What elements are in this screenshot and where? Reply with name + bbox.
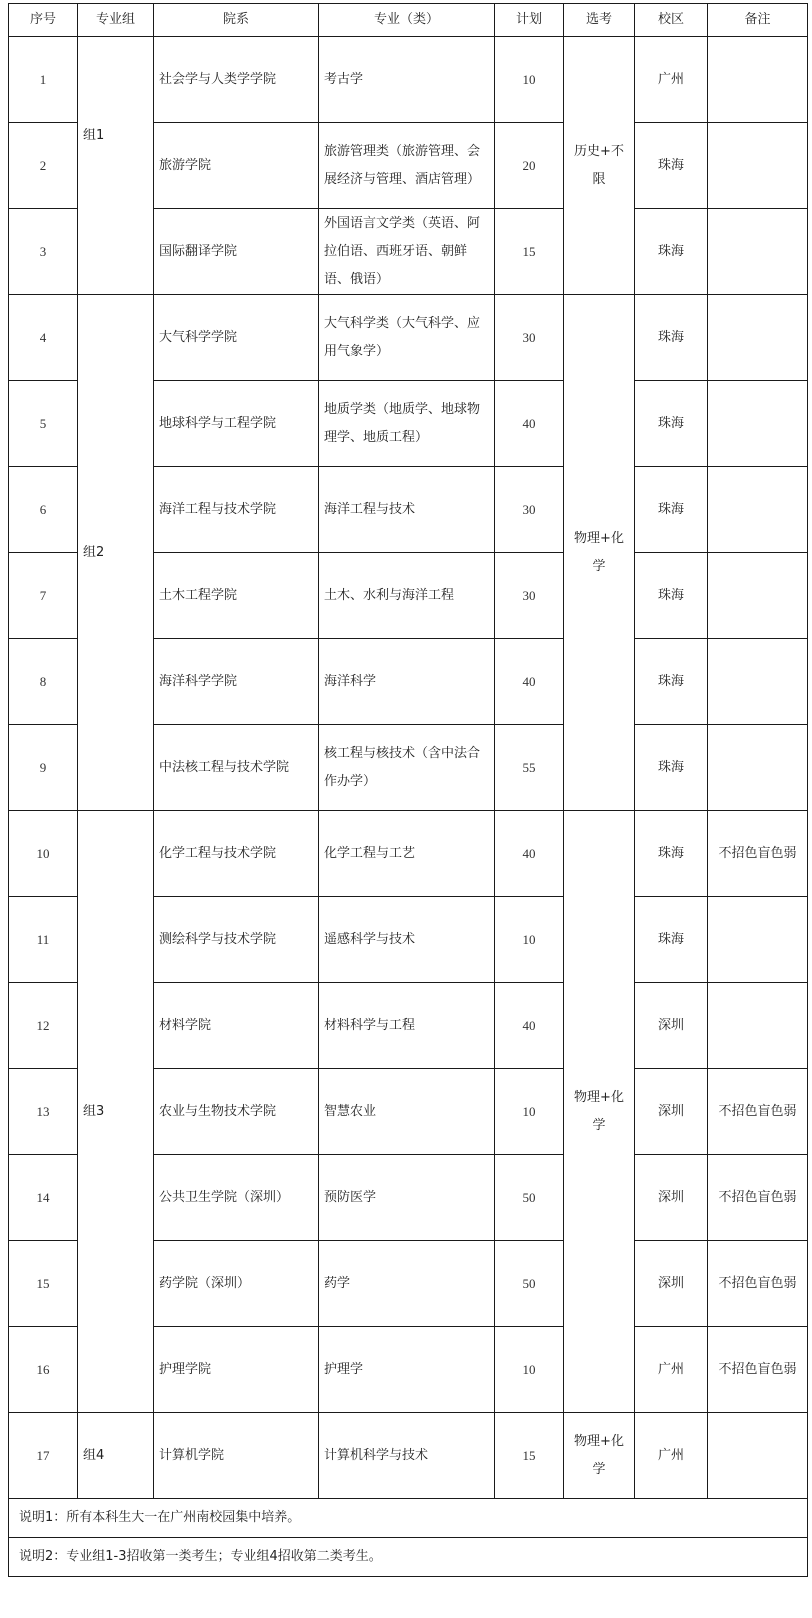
subject-requirement-cell: 物理+化学 [564, 295, 635, 811]
dept-cell: 地球科学与工程学院 [154, 381, 319, 467]
major-cell: 地质学类（地质学、地球物理学、地质工程） [319, 381, 495, 467]
campus-cell: 珠海 [635, 639, 708, 725]
header-row: 序号 专业组 院系 专业（类） 计划 选考 校区 备注 [9, 4, 808, 37]
campus-cell: 深圳 [635, 1069, 708, 1155]
enrollment-plan-table: 序号 专业组 院系 专业（类） 计划 选考 校区 备注 1 组1 社会学与人类学… [8, 3, 808, 1577]
campus-cell: 广州 [635, 37, 708, 123]
remark-cell [708, 983, 808, 1069]
dept-cell: 国际翻译学院 [154, 209, 319, 295]
row-no: 7 [9, 553, 78, 639]
subject-requirement-cell: 物理+化学 [564, 811, 635, 1413]
row-no: 11 [9, 897, 78, 983]
note-1: 说明1：所有本科生大一在广州南校园集中培养。 [9, 1499, 808, 1538]
major-cell: 海洋工程与技术 [319, 467, 495, 553]
subject-requirement-cell: 历史+不限 [564, 37, 635, 295]
plan-cell: 15 [495, 209, 564, 295]
subject-requirement-cell: 物理+化学 [564, 1413, 635, 1499]
plan-cell: 10 [495, 897, 564, 983]
group-cell: 组3 [78, 811, 154, 1413]
plan-cell: 40 [495, 811, 564, 897]
plan-cell: 50 [495, 1241, 564, 1327]
row-no: 3 [9, 209, 78, 295]
remark-cell [708, 897, 808, 983]
group-cell: 组1 [78, 37, 154, 295]
plan-cell: 55 [495, 725, 564, 811]
plan-cell: 15 [495, 1413, 564, 1499]
campus-cell: 珠海 [635, 209, 708, 295]
row-no: 14 [9, 1155, 78, 1241]
row-no: 6 [9, 467, 78, 553]
campus-cell: 深圳 [635, 983, 708, 1069]
major-cell: 材料科学与工程 [319, 983, 495, 1069]
note-row: 说明1：所有本科生大一在广州南校园集中培养。 [9, 1499, 808, 1538]
table-row: 1 组1 社会学与人类学学院 考古学 10 历史+不限 广州 [9, 37, 808, 123]
table-row: 4 组2 大气科学学院 大气科学类（大气科学、应用气象学） 30 物理+化学 珠… [9, 295, 808, 381]
campus-cell: 珠海 [635, 123, 708, 209]
dept-cell: 旅游学院 [154, 123, 319, 209]
header-plan: 计划 [495, 4, 564, 37]
plan-cell: 40 [495, 381, 564, 467]
major-cell: 海洋科学 [319, 639, 495, 725]
dept-cell: 化学工程与技术学院 [154, 811, 319, 897]
campus-cell: 珠海 [635, 897, 708, 983]
major-cell: 护理学 [319, 1327, 495, 1413]
dept-cell: 公共卫生学院（深圳） [154, 1155, 319, 1241]
row-no: 16 [9, 1327, 78, 1413]
campus-cell: 珠海 [635, 381, 708, 467]
header-dept: 院系 [154, 4, 319, 37]
dept-cell: 海洋科学学院 [154, 639, 319, 725]
plan-cell: 30 [495, 295, 564, 381]
remark-cell: 不招色盲色弱 [708, 1069, 808, 1155]
plan-cell: 40 [495, 639, 564, 725]
dept-cell: 中法核工程与技术学院 [154, 725, 319, 811]
campus-cell: 广州 [635, 1413, 708, 1499]
campus-cell: 珠海 [635, 467, 708, 553]
row-no: 13 [9, 1069, 78, 1155]
plan-cell: 40 [495, 983, 564, 1069]
remark-cell [708, 553, 808, 639]
table-row: 10 组3 化学工程与技术学院 化学工程与工艺 40 物理+化学 珠海 不招色盲… [9, 811, 808, 897]
plan-cell: 10 [495, 1327, 564, 1413]
dept-cell: 大气科学学院 [154, 295, 319, 381]
dept-cell: 计算机学院 [154, 1413, 319, 1499]
header-campus: 校区 [635, 4, 708, 37]
row-no: 1 [9, 37, 78, 123]
major-cell: 化学工程与工艺 [319, 811, 495, 897]
dept-cell: 土木工程学院 [154, 553, 319, 639]
header-subject: 选考 [564, 4, 635, 37]
remark-cell [708, 639, 808, 725]
plan-cell: 20 [495, 123, 564, 209]
major-cell: 遥感科学与技术 [319, 897, 495, 983]
remark-cell [708, 123, 808, 209]
dept-cell: 护理学院 [154, 1327, 319, 1413]
remark-cell [708, 295, 808, 381]
row-no: 9 [9, 725, 78, 811]
remark-cell [708, 467, 808, 553]
plan-cell: 30 [495, 553, 564, 639]
row-no: 12 [9, 983, 78, 1069]
header-remark: 备注 [708, 4, 808, 37]
major-cell: 土木、水利与海洋工程 [319, 553, 495, 639]
remark-cell: 不招色盲色弱 [708, 1241, 808, 1327]
campus-cell: 珠海 [635, 553, 708, 639]
header-major: 专业（类） [319, 4, 495, 37]
campus-cell: 珠海 [635, 811, 708, 897]
remark-cell [708, 37, 808, 123]
remark-cell [708, 381, 808, 467]
header-group: 专业组 [78, 4, 154, 37]
note-row: 说明2：专业组1-3招收第一类考生；专业组4招收第二类考生。 [9, 1538, 808, 1577]
plan-cell: 10 [495, 1069, 564, 1155]
dept-cell: 测绘科学与技术学院 [154, 897, 319, 983]
table-row: 17 组4 计算机学院 计算机科学与技术 15 物理+化学 广州 [9, 1413, 808, 1499]
campus-cell: 深圳 [635, 1155, 708, 1241]
row-no: 10 [9, 811, 78, 897]
group-cell: 组4 [78, 1413, 154, 1499]
header-no: 序号 [9, 4, 78, 37]
major-cell: 预防医学 [319, 1155, 495, 1241]
row-no: 2 [9, 123, 78, 209]
note-2: 说明2：专业组1-3招收第一类考生；专业组4招收第二类考生。 [9, 1538, 808, 1577]
row-no: 15 [9, 1241, 78, 1327]
major-cell: 计算机科学与技术 [319, 1413, 495, 1499]
remark-cell: 不招色盲色弱 [708, 1327, 808, 1413]
major-cell: 大气科学类（大气科学、应用气象学） [319, 295, 495, 381]
major-cell: 考古学 [319, 37, 495, 123]
remark-cell [708, 1413, 808, 1499]
major-cell: 药学 [319, 1241, 495, 1327]
row-no: 4 [9, 295, 78, 381]
major-cell: 旅游管理类（旅游管理、会展经济与管理、酒店管理） [319, 123, 495, 209]
remark-cell [708, 725, 808, 811]
campus-cell: 广州 [635, 1327, 708, 1413]
campus-cell: 珠海 [635, 725, 708, 811]
row-no: 17 [9, 1413, 78, 1499]
major-cell: 核工程与核技术（含中法合作办学） [319, 725, 495, 811]
campus-cell: 珠海 [635, 295, 708, 381]
dept-cell: 农业与生物技术学院 [154, 1069, 319, 1155]
remark-cell: 不招色盲色弱 [708, 1155, 808, 1241]
row-no: 8 [9, 639, 78, 725]
major-cell: 外国语言文学类（英语、阿拉伯语、西班牙语、朝鲜语、俄语） [319, 209, 495, 295]
dept-cell: 海洋工程与技术学院 [154, 467, 319, 553]
plan-cell: 50 [495, 1155, 564, 1241]
remark-cell [708, 209, 808, 295]
dept-cell: 药学院（深圳） [154, 1241, 319, 1327]
dept-cell: 材料学院 [154, 983, 319, 1069]
campus-cell: 深圳 [635, 1241, 708, 1327]
remark-cell: 不招色盲色弱 [708, 811, 808, 897]
row-no: 5 [9, 381, 78, 467]
group-cell: 组2 [78, 295, 154, 811]
plan-cell: 10 [495, 37, 564, 123]
plan-cell: 30 [495, 467, 564, 553]
dept-cell: 社会学与人类学学院 [154, 37, 319, 123]
major-cell: 智慧农业 [319, 1069, 495, 1155]
